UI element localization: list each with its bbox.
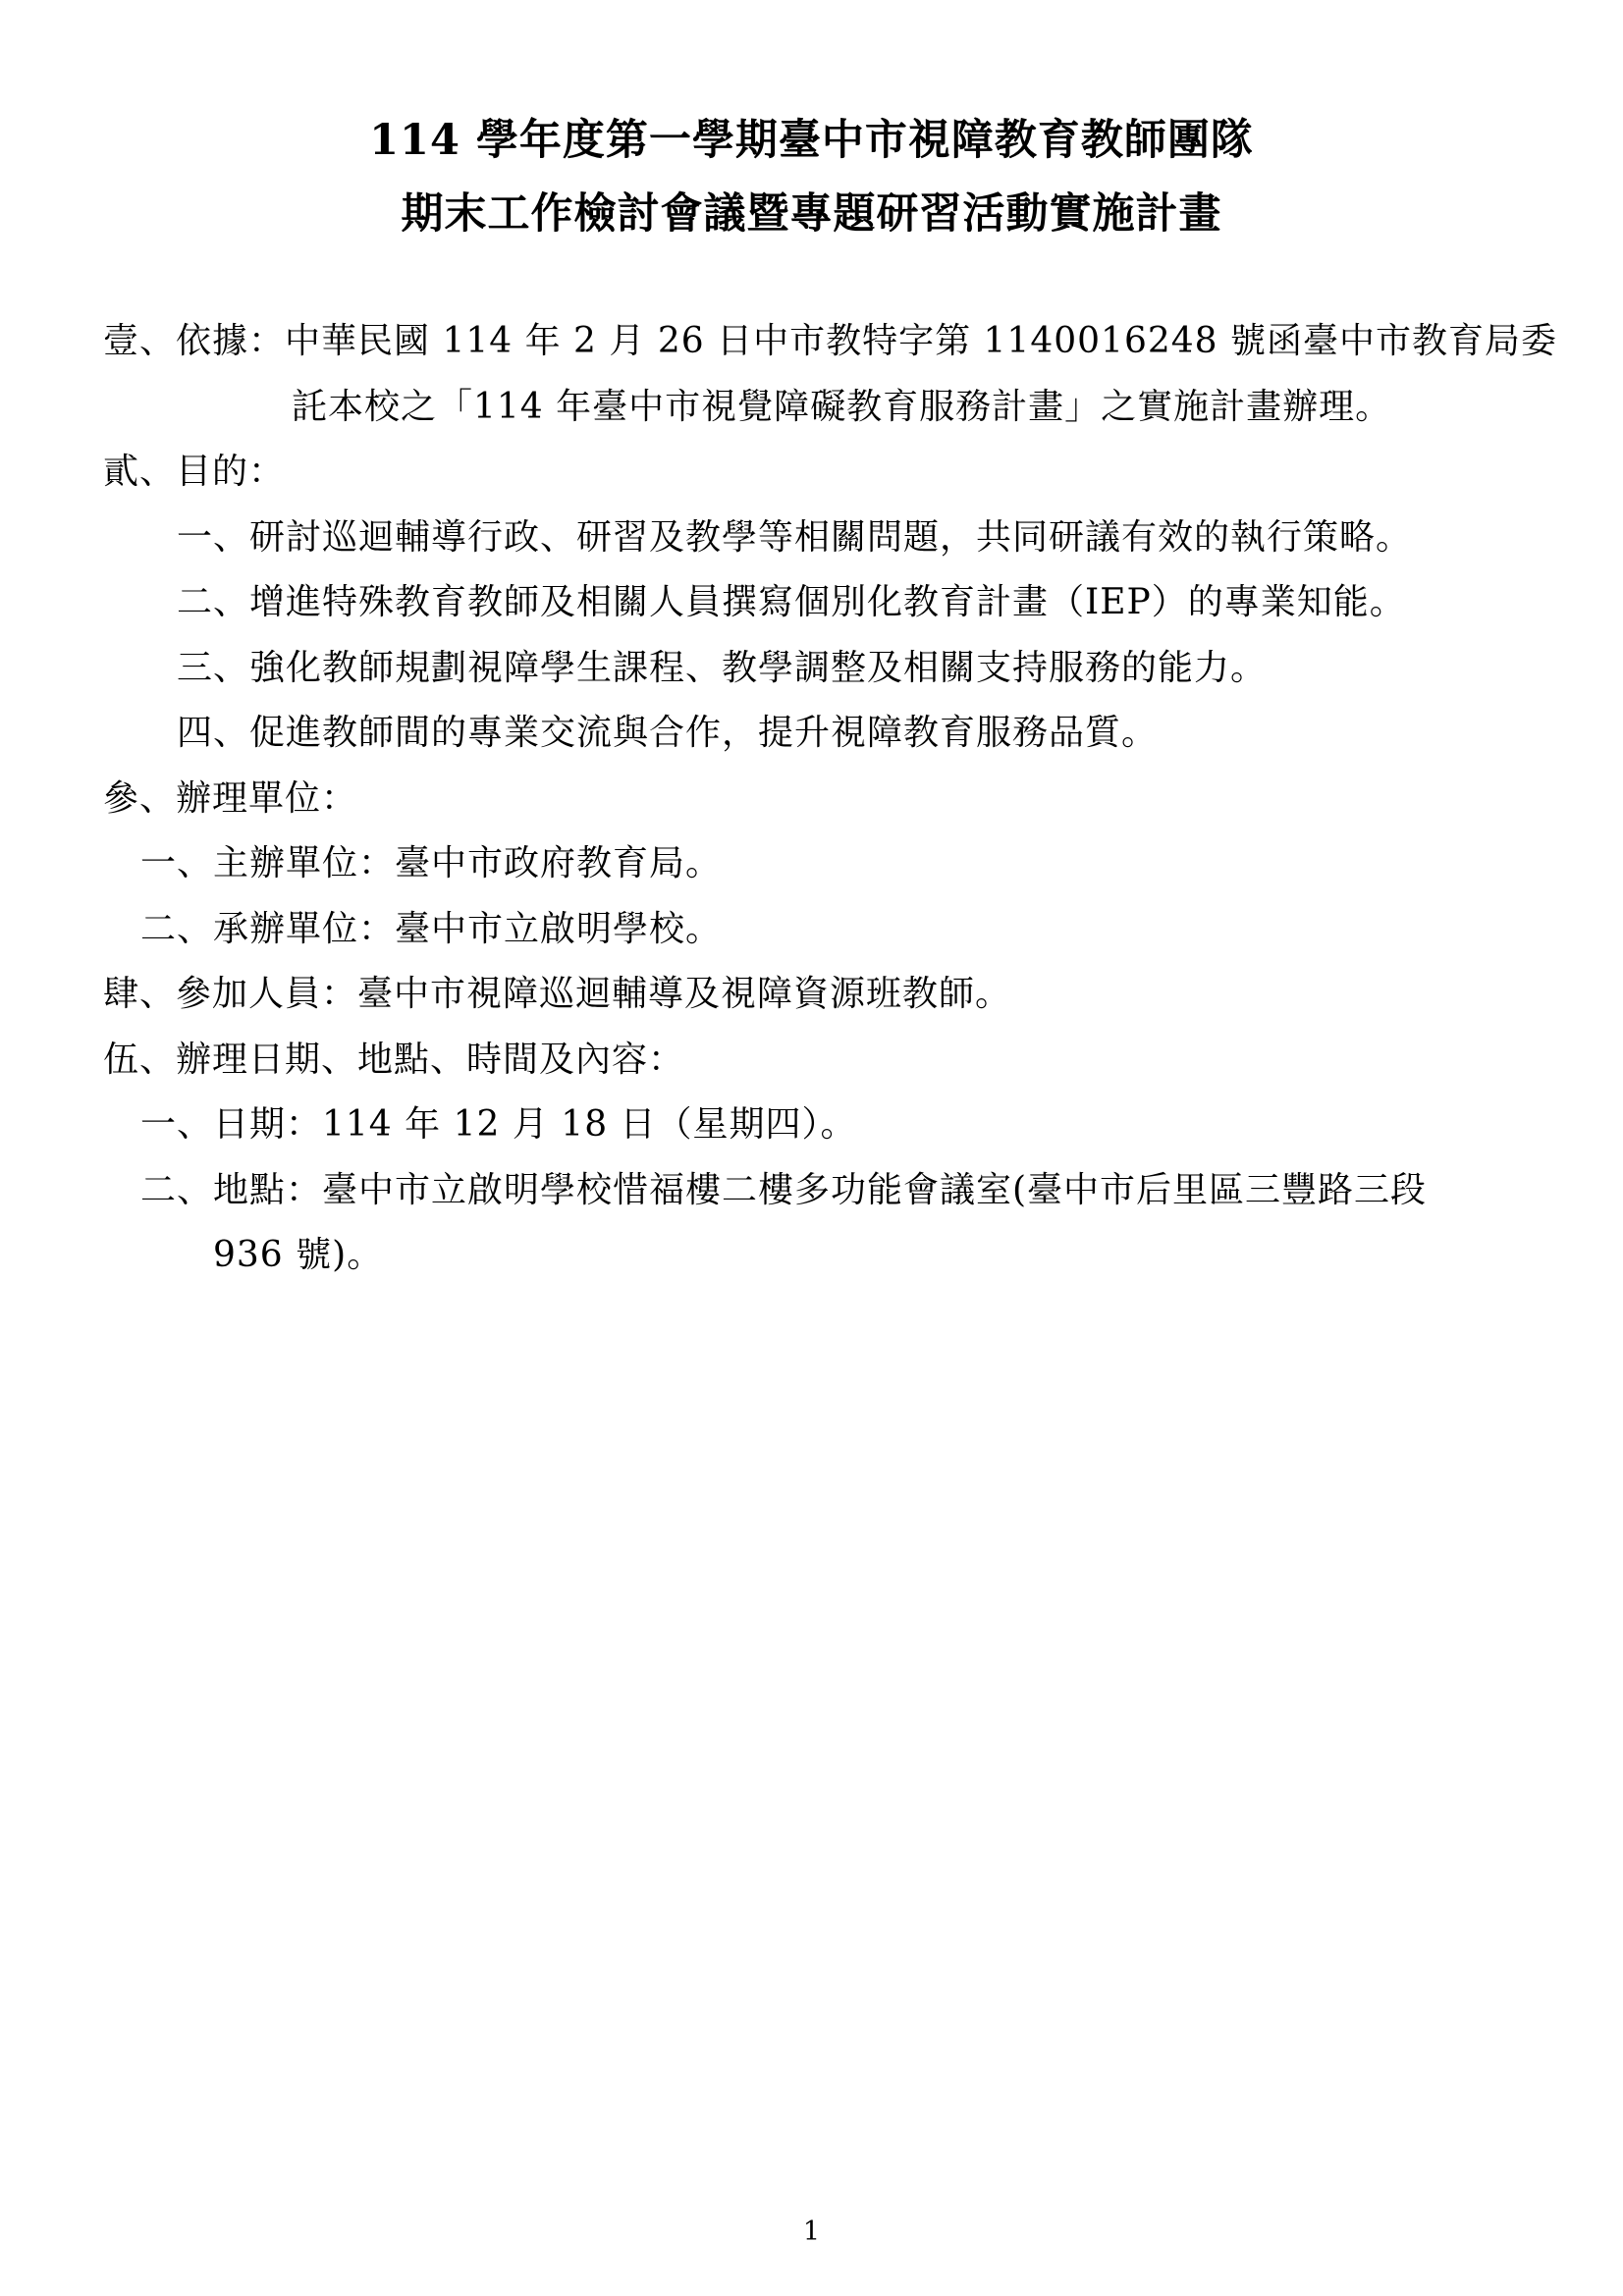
organizer-item-2: 二、承辦單位：臺中市立啟明學校。 [140, 897, 1623, 963]
purpose-item-1: 一、研討巡迴輔導行政、研習及教學等相關問題，共同研議有效的執行策略。 [177, 506, 1623, 571]
section-purpose-heading: 貳、目的： [103, 440, 1623, 506]
document-title: 114 學年度第一學期臺中市視障教育教師團隊 期末工作檢討會議暨專題研習活動實施… [0, 104, 1623, 251]
organizer-item-1: 一、主辦單位：臺中市政府教育局。 [140, 831, 1623, 897]
section-schedule-heading: 伍、辦理日期、地點、時間及內容： [103, 1028, 1623, 1094]
page-number: 1 [0, 2216, 1623, 2247]
purpose-item-4: 四、促進教師間的專業交流與合作，提升視障教育服務品質。 [177, 701, 1623, 767]
purpose-item-2: 二、增進特殊教育教師及相關人員撰寫個別化教育計畫（IEP）的專業知能。 [177, 570, 1623, 636]
purpose-item-3: 三、強化教師規劃視障學生課程、教學調整及相關支持服務的能力。 [177, 636, 1623, 702]
schedule-location-line-2: 936 號)。 [213, 1223, 1623, 1289]
section-participants-line: 肆、參加人員：臺中市視障巡迴輔導及視障資源班教師。 [103, 962, 1623, 1028]
section-organizers-heading: 參、辦理單位： [103, 767, 1623, 832]
document-page: 114 學年度第一學期臺中市視障教育教師團隊 期末工作檢討會議暨專題研習活動實施… [0, 0, 1623, 2296]
schedule-location-line-1: 二、地點：臺中市立啟明學校惜福樓二樓多功能會議室(臺中市后里區三豐路三段 [140, 1158, 1623, 1224]
document-title-line-2: 期末工作檢討會議暨專題研習活動實施計畫 [0, 178, 1623, 251]
section-basis-line-1: 壹、依據：中華民國 114 年 2 月 26 日中市教特字第 114001624… [103, 309, 1623, 375]
document-title-line-1: 114 學年度第一學期臺中市視障教育教師團隊 [0, 104, 1623, 178]
schedule-date-line: 一、日期：114 年 12 月 18 日（星期四）。 [140, 1093, 1623, 1158]
document-body: 壹、依據：中華民國 114 年 2 月 26 日中市教特字第 114001624… [0, 309, 1623, 1289]
section-basis-line-2: 託本校之「114 年臺中市視覺障礙教育服務計畫」之實施計畫辦理。 [292, 375, 1623, 441]
